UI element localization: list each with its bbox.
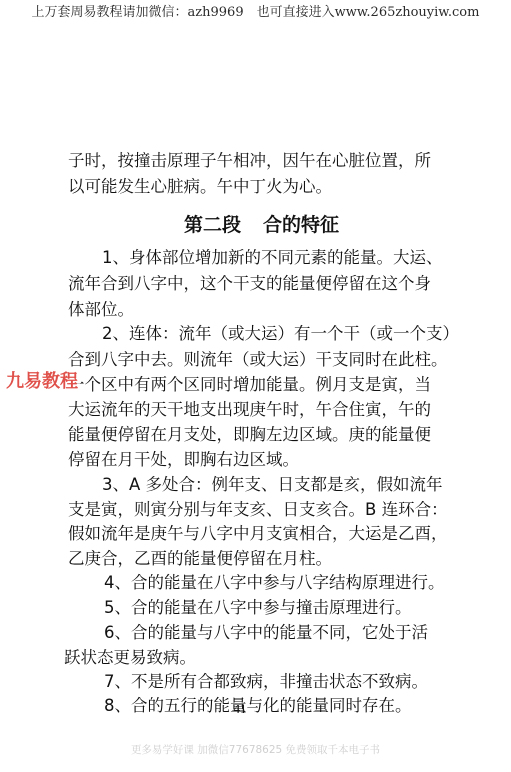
- section-heading: 第二段合的特征: [0, 213, 511, 237]
- item-4: 4、合的能量在八字中参与八字结构原理进行。: [104, 573, 445, 593]
- heading-part: 第二段: [184, 214, 241, 236]
- intro-line-2: 以可能发生心脏病。午中丁火为心。: [68, 177, 332, 197]
- item-7: 7、不是所有合都致病，非撞击状态不致病。: [104, 672, 428, 692]
- item-2-line-6: 停留在月干处，即胸右边区域。: [68, 450, 299, 470]
- intro-line-1: 子时，按撞击原理子午相冲，因午在心脏位置，所: [68, 151, 431, 171]
- item-1-line-2: 流年合到八字中，这个干支的能量便停留在这个身: [68, 274, 431, 294]
- item-3-line-2: 支是寅，则寅分别与年支亥、日支亥合。B 连环合：: [68, 500, 448, 520]
- left-red-watermark: 九易教程: [6, 371, 80, 393]
- item-6-line-1: 6、合的能量与八字中的能量不同，它处于活: [104, 623, 428, 643]
- item-1-line-3: 体部位。: [68, 300, 134, 320]
- item-2-line-1: 2、连体：流年（或大运）有一个干（或一个支）: [102, 324, 459, 344]
- heading-title: 合的特征: [263, 214, 339, 236]
- item-6-line-2: 跃状态更易致病。: [64, 648, 196, 668]
- item-3-line-1: 3、A 多处合：例年支、日支都是亥，假如流年: [102, 475, 443, 495]
- item-1-line-1: 1、身体部位增加新的不同元素的能量。大运、: [102, 248, 443, 268]
- bottom-watermark: 更多易学好课 加微信77678625 免费领取千本电子书: [0, 743, 511, 757]
- item-2-line-3: 一个区中有两个区同时增加能量。例月支是寅，当: [68, 375, 431, 395]
- item-2-line-4: 大运流年的天干地支出现庚午时，午合住寅，午的: [68, 400, 431, 420]
- item-5: 5、合的能量在八字中参与撞击原理进行。: [104, 598, 412, 618]
- item-3-line-3: 假如流年是庚午与八字中月支寅相合，大运是乙酉，: [68, 524, 448, 544]
- top-watermark-banner: 上万套周易教程请加微信：azh9969 也可直接进入www.265zhouyiw…: [0, 5, 511, 21]
- item-3-line-4: 乙庚合，乙酉的能量便停留在月柱。: [68, 549, 332, 569]
- item-2-line-2: 合到八字中去。则流年（或大运）干支同时在此柱。: [68, 350, 448, 370]
- document-page: 上万套周易教程请加微信：azh9969 也可直接进入www.265zhouyiw…: [0, 0, 511, 772]
- page-number: 41: [0, 701, 480, 717]
- item-2-line-5: 能量便停留在月支处，即胸左边区域。庚的能量便: [68, 425, 431, 445]
